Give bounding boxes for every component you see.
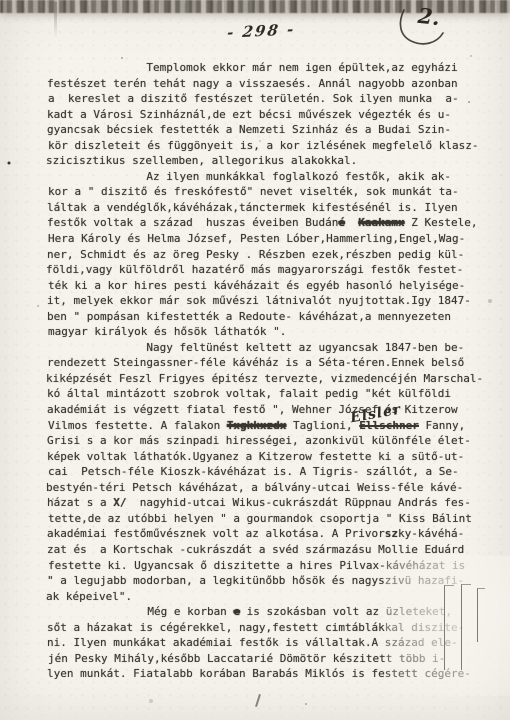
text-segment: házat s a: [47, 496, 113, 509]
text-line: láltak a vendéglők,kávéházak,tánctermek …: [47, 200, 507, 216]
text-line: képek voltak láthatók.Ugyanez a Kitzerow…: [47, 449, 507, 465]
scanned-document-page: - 298 - 2. Templomok ekkor már nem igen …: [0, 0, 510, 720]
text-segment: ak képeivel".: [46, 590, 132, 603]
text-line: bestyén-téri Petsch kávéházat, a bálvány…: [46, 480, 506, 496]
text-segment: Grisi s a kor más szinpadi hirességei, a…: [47, 434, 471, 447]
text-line: festők voltak a század huszas éveiben Bu…: [47, 215, 507, 231]
text-segment: ni. Ilyen munkákat akadémiai festők is v…: [47, 636, 458, 649]
text-segment: Templomok ekkor már nem igen épültek,az …: [47, 61, 458, 74]
text-line: jén Pesky Mihály,később Laccatarié Dömöt…: [48, 651, 508, 667]
text-segment: képek voltak láthatók.Ugyanez a Kitzerow…: [47, 450, 464, 463]
text-line: " a legujabb modorban, a legkitünőbb hős…: [47, 573, 507, 589]
text-segment: rendezett Steingassner-féle kávéház is a…: [47, 356, 464, 369]
text-line: ner, Schmidt és az öreg Pesky . Részben …: [47, 247, 507, 263]
text-segment: kör diszleteit és függönyeit is, a kor i…: [48, 139, 478, 152]
text-line: földi,vagy külföldről hazatérő más magya…: [46, 262, 506, 278]
text-segment: akadémiai festőművésznek volt az alkotás…: [47, 527, 385, 540]
text-segment: festészet terén tehát nagy a visszaesés.…: [47, 77, 458, 90]
text-segment: " a legujabb modorban, a legkitünőbb hős…: [47, 574, 464, 587]
text-line: akadémiai festőművésznek volt az alkotás…: [47, 526, 507, 542]
text-segment: kó által mintázott szobrok voltak, falai…: [47, 387, 451, 400]
text-segment: magyar királyok és hősök láthatók ".: [48, 325, 286, 338]
corrected-text-segment: sz: [385, 527, 398, 540]
text-line: Még e korban e is szokásban volt az üzle…: [48, 604, 508, 620]
text-line: ték ki a kor hires pesti kávéházait és e…: [48, 278, 508, 294]
text-segment: ben " pompásan kifestették a Redoute- ká…: [47, 310, 451, 323]
text-line: ben " pompásan kifestették a Redoute- ká…: [47, 309, 507, 325]
text-line: kadt a Városi Szinháznál,de ezt bécsi mű…: [47, 107, 507, 123]
text-line: kiképzését Feszl Frigyes épitész tervezt…: [46, 371, 506, 387]
corrected-text-segment: X/: [113, 496, 126, 509]
typewritten-text-block: Templomok ekkor már nem igen épültek,az …: [47, 60, 507, 682]
corrected-text-segment: Txgkkxzdx: [227, 419, 287, 432]
text-segment: Taglioni,: [286, 419, 359, 432]
text-line: ni. Ilyen munkákat akadémiai festők is v…: [47, 635, 507, 651]
pen-margin-mark: [444, 585, 454, 670]
text-line: lyen munkát. Fiatalabb korában Barabás M…: [47, 666, 507, 682]
text-segment: földi,vagy külföldről hazatérő más magya…: [46, 263, 463, 276]
text-segment: kadt a Városi Szinháznál,de ezt bécsi mű…: [47, 108, 451, 121]
text-segment: ték ki a kor hires pesti kávéházait és e…: [48, 279, 465, 292]
text-segment: láltak a vendéglők,kávéházak,tánctermek …: [47, 201, 458, 214]
text-line: festészet terén tehát nagy a visszaesés.…: [47, 76, 507, 92]
text-segment: bestyén-téri Petsch kávéházat, a bálvány…: [46, 481, 463, 494]
text-segment: kor a " diszitő és freskófestő" nevet vi…: [48, 185, 459, 198]
pen-slash-mark: [255, 694, 261, 707]
text-segment: cai Petsch-féle Kioszk-kávéházat is. A T…: [48, 465, 459, 478]
text-line: sőt a házakat is cégérekkel, nagy,festet…: [47, 620, 507, 636]
text-segment: Hera Károly és Helma József, Pesten Lóbe…: [48, 232, 465, 245]
text-segment: lyen munkát. Fiatalabb korában Barabás M…: [47, 667, 471, 680]
text-line: zat és a Kortschak -cukrászdát a svéd sz…: [47, 542, 507, 558]
text-segment: zat és a Kortschak -cukrászdát a svéd sz…: [47, 543, 464, 556]
text-line: magyar királyok és hősök láthatók ".: [48, 324, 508, 340]
text-line: akadémiát is végzett fiatal festő ", Weh…: [47, 402, 507, 418]
text-segment: [345, 216, 358, 229]
paper-specks: [0, 0, 2, 2]
text-segment: a kereslet a diszitő festészet területén…: [48, 92, 459, 105]
text-segment: sőt a házakat is cégérekkel, nagy,festet…: [47, 621, 464, 634]
text-segment: gyancsak bécsiek festették a Nemzeti Szi…: [47, 123, 451, 136]
text-segment: szicisztikus szellemben, allegorikus ala…: [46, 154, 357, 167]
text-line: rendezett Steingassner-féle kávéház is a…: [47, 355, 507, 371]
text-segment: Nagy feltünést keltett az ugyancsak 1847…: [47, 341, 464, 354]
text-segment: kiképzését Feszl Frigyes épitész tervezt…: [46, 372, 483, 385]
text-segment: Az ilyen munkákkal foglalkozó festők, ak…: [47, 170, 451, 183]
text-line: gyancsak bécsiek festették a Nemzeti Szi…: [47, 122, 507, 138]
text-line: Vilmos festette. A falakon Txgkkxzdx Tag…: [48, 418, 508, 434]
text-segment: nagyhid-utcai Wikus-cukrászdát Rüppnau A…: [126, 496, 470, 509]
text-segment: ky-kávéhá-: [398, 527, 464, 540]
text-line: ak képeivel".: [46, 589, 506, 605]
sheet-number-text: 2.: [417, 3, 441, 30]
text-segment: Z Kestele,: [405, 216, 478, 229]
text-segment: ner, Schmidt és az öreg Pesky . Részben …: [47, 248, 464, 261]
text-line: Nagy feltünést keltett az ugyancsak 1847…: [47, 340, 507, 356]
text-line: Templomok ekkor már nem igen épültek,az …: [47, 60, 507, 76]
pen-margin-mark: [461, 584, 471, 670]
text-line: cai Petsch-féle Kioszk-kávéházat is. A T…: [48, 464, 508, 480]
text-segment: it, melyek ekkor már sok művészi látniva…: [47, 294, 471, 307]
text-segment: festette ki. Ugyancsak ő diszitette a hi…: [48, 559, 465, 572]
text-line: a kereslet a diszitő festészet területén…: [48, 91, 508, 107]
text-line: kó által mintázott szobrok voltak, falai…: [47, 386, 507, 402]
text-line: szicisztikus szellemben, allegorikus ala…: [46, 153, 506, 169]
page-number: - 298 -: [215, 20, 308, 47]
scan-smudge: [54, 2, 57, 38]
text-line: házat s a X/ nagyhid-utcai Wikus-cukrász…: [47, 495, 507, 511]
text-line: Grisi s a kor más szinpadi hirességei, a…: [47, 433, 507, 449]
text-segment: Vilmos festette. A falakon: [48, 419, 227, 432]
corrected-text-segment: Kaakamx: [358, 216, 404, 229]
text-segment: tette,de az utóbbi helyen " a gourmandok…: [48, 512, 472, 525]
text-line: Az ilyen munkákkal foglalkozó festők, ak…: [47, 169, 507, 185]
text-segment: Még e korban: [48, 605, 233, 618]
handwritten-sheet-number: 2.: [394, 2, 450, 54]
text-segment: jén Pesky Mihály,később Laccatarié Dömöt…: [48, 652, 445, 665]
text-line: kör diszleteit és függönyeit is, a kor i…: [48, 138, 508, 154]
text-segment: is szokásban volt az üzleteket,: [240, 605, 452, 618]
text-line: tette,de az utóbbi helyen " a gourmandok…: [48, 511, 508, 527]
text-segment: Fanny,: [419, 419, 465, 432]
text-segment: festők voltak a század huszas éveiben Bu…: [47, 216, 338, 229]
text-line: kor a " diszitő és freskófestő" nevet vi…: [48, 184, 508, 200]
text-line: festette ki. Ugyancsak ő diszitette a hi…: [48, 558, 508, 574]
text-line: it, melyek ekkor már sok művészi látniva…: [47, 293, 507, 309]
pen-margin-mark: [477, 588, 485, 642]
text-line: Hera Károly és Helma József, Pesten Lóbe…: [48, 231, 508, 247]
